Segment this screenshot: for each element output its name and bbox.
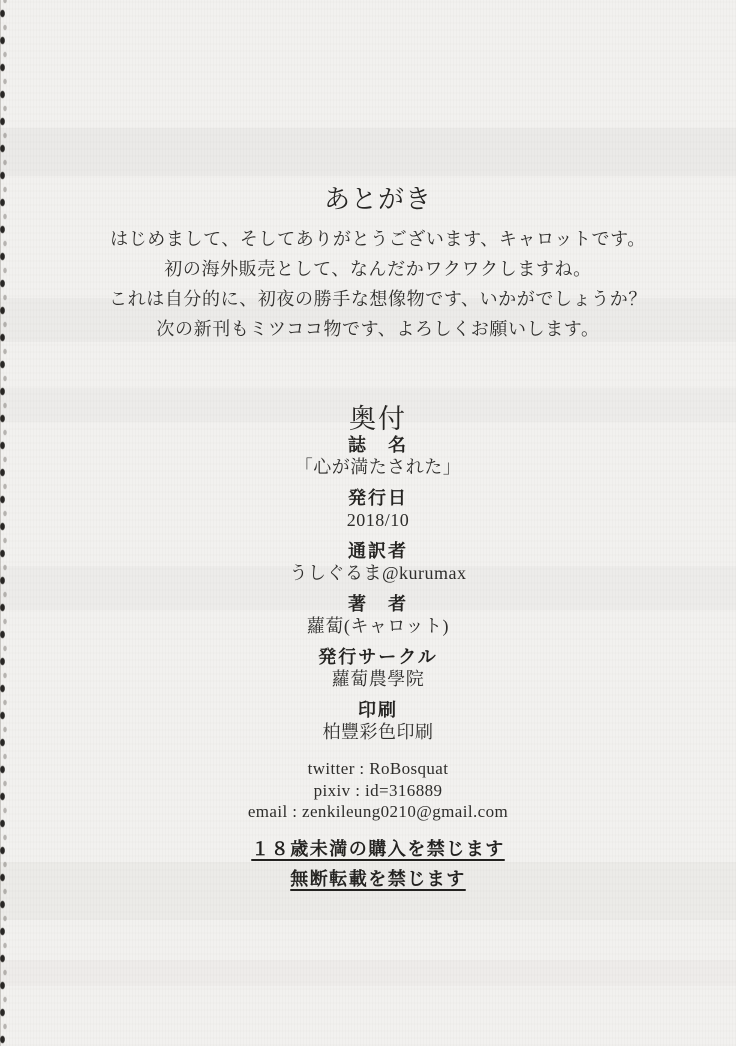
contact-pixiv: pixiv : id=316889 [20,780,736,802]
warning-no-reproduction: 無断転載を禁じます [20,868,736,890]
contact-info: twitter : RoBosquat pixiv : id=316889 em… [20,758,736,823]
field-label: 通訳者 [20,540,736,562]
afterword-line: 初の海外販売として、なんだかワクワクしますね。 [20,254,736,284]
afterword-title: あとがき [20,179,736,216]
afterword-line: 次の新刊もミツココ物です、よろしくお願いします。 [20,314,736,344]
field-label: 誌 名 [20,434,736,456]
colophon-field-printer: 印刷 柏豐彩色印刷 [20,699,736,743]
field-value: 「心が満たされた」 [20,456,736,478]
field-value: 蘿蔔(キャロット) [20,615,736,637]
scanned-page: あとがき はじめまして、そしてありがとうございます、キャロットです。 初の海外販… [0,0,736,1046]
scan-band [0,960,736,986]
field-label: 発行サークル [20,646,736,668]
binding-stitch-edge [0,0,11,1046]
colophon-field-title: 誌 名 「心が満たされた」 [20,434,736,478]
field-value: 2018/10 [20,509,736,531]
field-label: 印刷 [20,699,736,721]
field-label: 著 者 [20,593,736,615]
warnings: １８歳未満の購入を禁じます 無断転載を禁じます [20,838,736,890]
colophon-field-circle: 発行サークル 蘿蔔農學院 [20,646,736,690]
afterword-paragraph-1: はじめまして、そしてありがとうございます、キャロットです。 初の海外販売として、… [20,224,736,284]
colophon-field-author: 著 者 蘿蔔(キャロット) [20,593,736,637]
contact-email: email : zenkileung0210@gmail.com [20,801,736,823]
field-label: 発行日 [20,487,736,509]
contact-twitter: twitter : RoBosquat [20,758,736,780]
scan-band [0,128,736,176]
field-value: うしぐるま@kurumax [20,562,736,584]
afterword-paragraph-2: これは自分的に、初夜の勝手な想像物です、いかがでしょうか？ 次の新刊もミツココ物… [20,284,736,344]
colophon-field-translator: 通訳者 うしぐるま@kurumax [20,540,736,584]
colophon-title: 奥付 [20,397,736,436]
colophon-fields: 誌 名 「心が満たされた」 発行日 2018/10 通訳者 うしぐるま@kuru… [20,434,736,752]
afterword-line: これは自分的に、初夜の勝手な想像物です、いかがでしょうか？ [20,284,736,314]
field-value: 柏豐彩色印刷 [20,721,736,743]
afterword-line: はじめまして、そしてありがとうございます、キャロットです。 [20,224,736,254]
colophon-field-publish-date: 発行日 2018/10 [20,487,736,531]
field-value: 蘿蔔農學院 [20,668,736,690]
warning-age-restriction: １８歳未満の購入を禁じます [20,838,736,860]
